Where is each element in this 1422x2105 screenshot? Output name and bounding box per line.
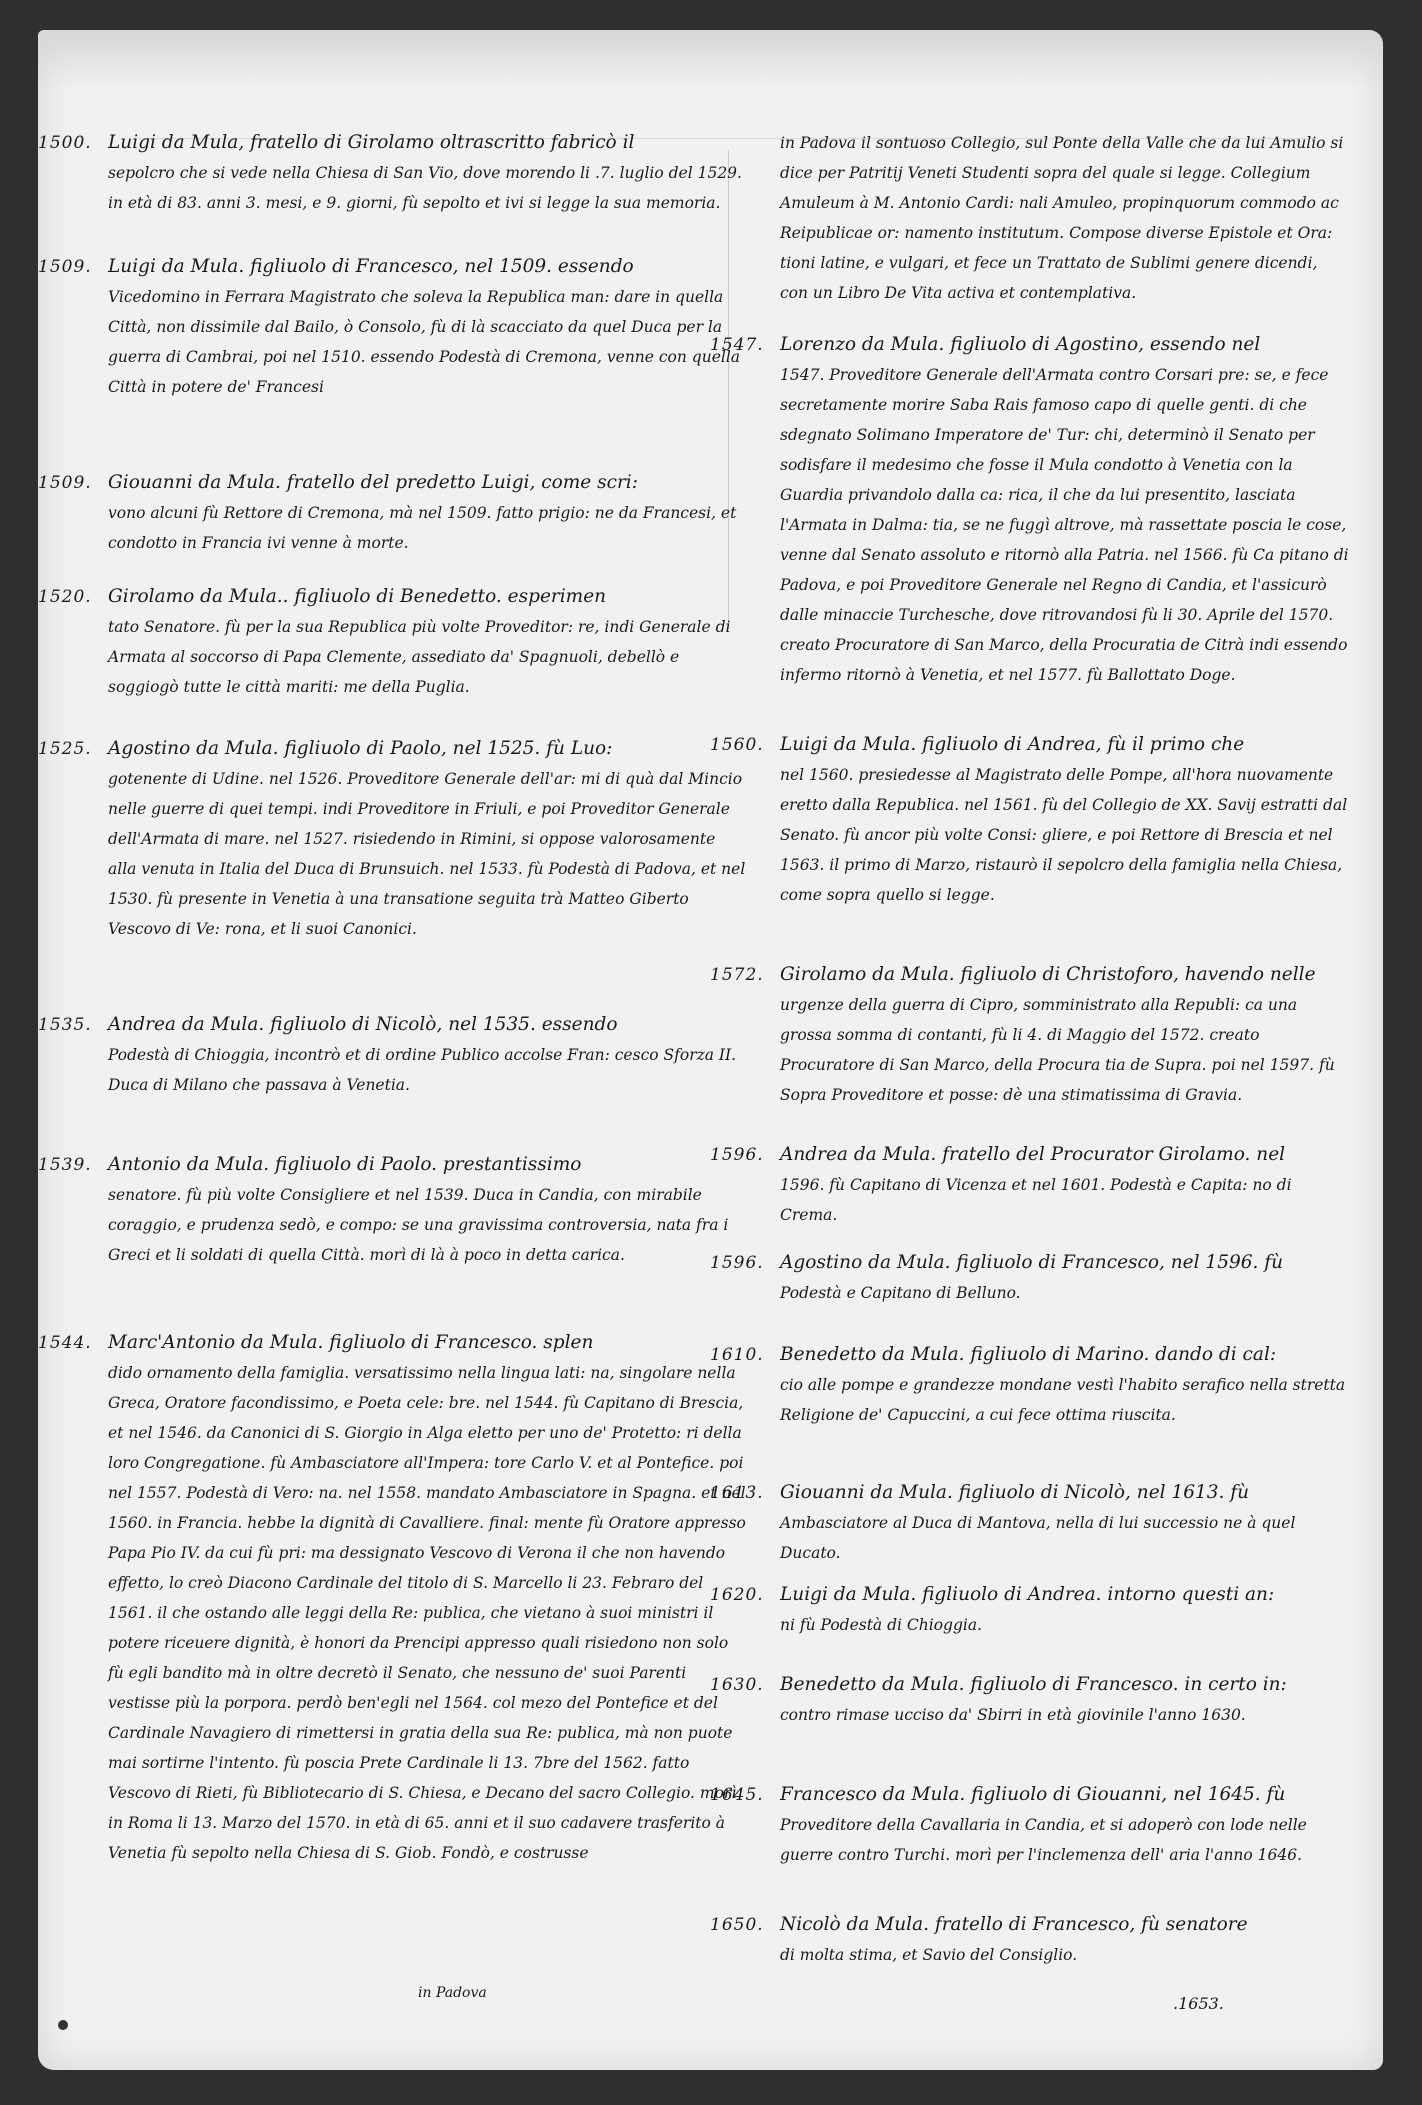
entry-heading: Giouanni da Mula. fratello del predetto … — [108, 472, 638, 493]
entry-heading: Francesco da Mula. figliuolo di Giouanni… — [780, 1784, 1285, 1805]
entry-year: 1509. — [38, 468, 92, 498]
entry-year: 1650. — [710, 1910, 764, 1940]
entry-year: 1547. — [710, 330, 764, 360]
entry-heading: Luigi da Mula. figliuolo di Andrea, fù i… — [780, 734, 1244, 755]
entry-year: 1535. — [38, 1010, 92, 1040]
entry-1596-andrea: 1596. Andrea da Mula. fratello del Procu… — [780, 1140, 1350, 1230]
entry-text: Vicedomino in Ferrara Magistrato che sol… — [108, 282, 748, 402]
entry-heading: Agostino da Mula. figliuolo di Francesco… — [780, 1252, 1283, 1273]
entry-1500: 1500. Luigi da Mula, fratello di Girolam… — [108, 128, 748, 218]
entry-heading: Nicolò da Mula. fratello di Francesco, f… — [780, 1914, 1248, 1935]
entry-1613: 1613. Giouanni da Mula. figliuolo di Nic… — [780, 1478, 1350, 1568]
entry-1544-continuation: in Padova il sontuoso Collegio, sul Pont… — [780, 128, 1350, 308]
entry-text: contro rimase ucciso da' Sbirri in età g… — [780, 1700, 1350, 1730]
entry-text: di molta stima, et Savio del Consiglio. — [780, 1940, 1350, 1970]
entry-heading: Luigi da Mula. figliuolo di Andrea. into… — [780, 1584, 1274, 1605]
entry-year: 1596. — [710, 1248, 764, 1278]
entry-heading: Marc'Antonio da Mula. figliuolo di Franc… — [108, 1332, 593, 1353]
entry-text: cio alle pompe e grandezze mondane vestì… — [780, 1370, 1350, 1430]
entry-heading: Lorenzo da Mula. figliuolo di Agostino, … — [780, 334, 1260, 355]
entry-heading: Benedetto da Mula. figliuolo di Francesc… — [780, 1674, 1287, 1695]
entry-text: urgenze della guerra di Cipro, somminist… — [780, 990, 1350, 1110]
entry-year: 1645. — [710, 1780, 764, 1810]
entry-heading: Luigi da Mula. figliuolo di Francesco, n… — [108, 256, 634, 277]
entry-year: 1610. — [710, 1340, 764, 1370]
entry-1544-tail: in Padova — [418, 1985, 487, 2001]
entry-heading: Benedetto da Mula. figliuolo di Marino. … — [780, 1344, 1276, 1365]
entry-heading: Giouanni da Mula. figliuolo di Nicolò, n… — [780, 1482, 1249, 1503]
entry-1630: 1630. Benedetto da Mula. figliuolo di Fr… — [780, 1670, 1350, 1730]
entry-1596-agostino: 1596. Agostino da Mula. figliuolo di Fra… — [780, 1248, 1350, 1308]
entry-text: Podestà di Chioggia, incontrò et di ordi… — [108, 1040, 748, 1100]
entry-text: in Padova il sontuoso Collegio, sul Pont… — [780, 128, 1350, 308]
entry-text: nel 1560. presiedesse al Magistrato dell… — [780, 760, 1350, 910]
entry-year: 1630. — [710, 1670, 764, 1700]
entry-year: 1596. — [710, 1140, 764, 1170]
entry-year: 1572. — [710, 960, 764, 990]
entry-text: gotenente di Udine. nel 1526. Proveditor… — [108, 764, 748, 944]
entry-heading: Antonio da Mula. figliuolo di Paolo. pre… — [108, 1154, 581, 1175]
entry-year: 1620. — [710, 1580, 764, 1610]
entry-heading: Andrea da Mula. fratello del Procurator … — [780, 1144, 1285, 1165]
entry-heading: Andrea da Mula. figliuolo di Nicolò, nel… — [108, 1014, 617, 1035]
entry-heading: Girolamo da Mula.. figliuolo di Benedett… — [108, 586, 606, 607]
manuscript-page: 1500. Luigi da Mula, fratello di Girolam… — [38, 30, 1383, 2070]
entry-1520: 1520. Girolamo da Mula.. figliuolo di Be… — [108, 582, 748, 702]
entry-1509-giouanni: 1509. Giouanni da Mula. fratello del pre… — [108, 468, 748, 558]
entry-year: 1509. — [38, 252, 92, 282]
entry-text: 1547. Proveditore Generale dell'Armata c… — [780, 360, 1350, 690]
entry-1509-luigi: 1509. Luigi da Mula. figliuolo di France… — [108, 252, 748, 402]
entry-year: 1560. — [710, 730, 764, 760]
entry-1547: 1547. Lorenzo da Mula. figliuolo di Agos… — [780, 330, 1350, 690]
entry-1535: 1535. Andrea da Mula. figliuolo di Nicol… — [108, 1010, 748, 1100]
entry-text: sepolcro che si vede nella Chiesa di San… — [108, 158, 748, 218]
entry-text: Ambasciatore al Duca di Mantova, nella d… — [780, 1508, 1350, 1568]
entry-year: 1539. — [38, 1150, 92, 1180]
entry-text: 1596. fù Capitano di Vicenza et nel 1601… — [780, 1170, 1350, 1230]
ink-spot — [58, 2020, 68, 2030]
entry-1544: 1544. Marc'Antonio da Mula. figliuolo di… — [108, 1328, 748, 1868]
entry-text: ni fù Podestà di Chioggia. — [780, 1610, 1350, 1640]
entry-text: Podestà e Capitano di Belluno. — [780, 1278, 1350, 1308]
entry-1620: 1620. Luigi da Mula. figliuolo di Andrea… — [780, 1580, 1350, 1640]
entry-text: Proveditore della Cavallaria in Candia, … — [780, 1810, 1350, 1870]
entry-text: dido ornamento della famiglia. versatiss… — [108, 1358, 748, 1868]
entry-text: tato Senatore. fù per la sua Republica p… — [108, 612, 748, 702]
entry-1525: 1525. Agostino da Mula. figliuolo di Pao… — [108, 734, 748, 944]
entry-year: 1500. — [38, 128, 92, 158]
entry-1610: 1610. Benedetto da Mula. figliuolo di Ma… — [780, 1340, 1350, 1430]
entry-1539: 1539. Antonio da Mula. figliuolo di Paol… — [108, 1150, 748, 1270]
entry-text: vono alcuni fù Rettore di Cremona, mà ne… — [108, 498, 748, 558]
entry-heading: Luigi da Mula, fratello di Girolamo oltr… — [108, 132, 634, 153]
entry-heading: Girolamo da Mula. figliuolo di Christofo… — [780, 964, 1316, 985]
page-number: .1653. — [1173, 1994, 1224, 2013]
entry-1650: 1650. Nicolò da Mula. fratello di France… — [780, 1910, 1350, 1970]
entry-1645: 1645. Francesco da Mula. figliuolo di Gi… — [780, 1780, 1350, 1870]
entry-text: senatore. fù più volte Consigliere et ne… — [108, 1180, 748, 1270]
entry-1560: 1560. Luigi da Mula. figliuolo di Andrea… — [780, 730, 1350, 910]
entry-heading: Agostino da Mula. figliuolo di Paolo, ne… — [108, 738, 612, 759]
entry-1572: 1572. Girolamo da Mula. figliuolo di Chr… — [780, 960, 1350, 1110]
entry-year: 1525. — [38, 734, 92, 764]
entry-year: 1613. — [710, 1478, 764, 1508]
entry-year: 1520. — [38, 582, 92, 612]
entry-year: 1544. — [38, 1328, 92, 1358]
